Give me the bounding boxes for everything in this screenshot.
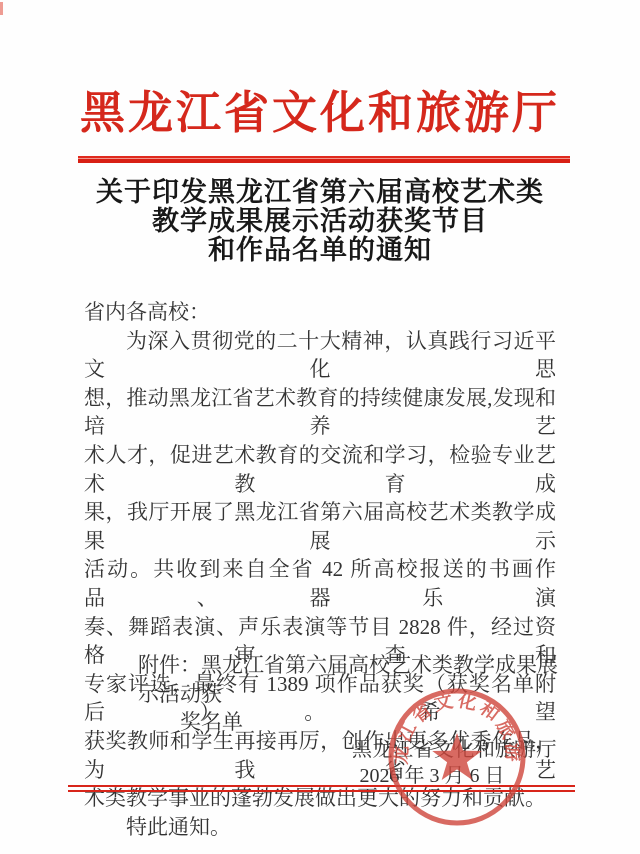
letterhead-rule xyxy=(78,156,570,163)
body-line: 果，我厅开展了黑龙江省第六届高校艺术类教学成果展示 xyxy=(84,498,556,555)
document-title-line3: 和作品名单的通知 xyxy=(0,236,640,265)
body-line: 为深入贯彻党的二十大精神，认真践行习近平文化思 xyxy=(84,327,556,384)
body-line: 术人才，促进艺术教育的交流和学习，检验专业艺术教育成 xyxy=(84,441,556,498)
document-title: 关于印发黑龙江省第六届高校艺术类 教学成果展示活动获奖节目 和作品名单的通知 xyxy=(0,178,640,265)
salutation: 省内各高校： xyxy=(84,298,556,327)
seal-star-icon xyxy=(432,733,481,780)
document-page: 黑龙江省文化和旅游厅 关于印发黑龙江省第六届高校艺术类 教学成果展示活动获奖节目… xyxy=(0,0,640,854)
body-line: 活动。共收到来自全省 42 所高校报送的书画作品、器乐演 xyxy=(84,555,556,612)
document-title-line1: 关于印发黑龙江省第六届高校艺术类 xyxy=(0,178,640,207)
document-title-line2: 教学成果展示活动获奖节目 xyxy=(0,207,640,236)
scan-artifact xyxy=(0,2,3,15)
letterhead-agency-title: 黑龙江省文化和旅游厅 xyxy=(0,76,640,141)
official-seal: 黑龙江省文化和旅游厅 xyxy=(385,687,529,827)
body-line: 想，推动黑龙江省艺术教育的持续健康发展,发现和培养艺 xyxy=(84,384,556,441)
